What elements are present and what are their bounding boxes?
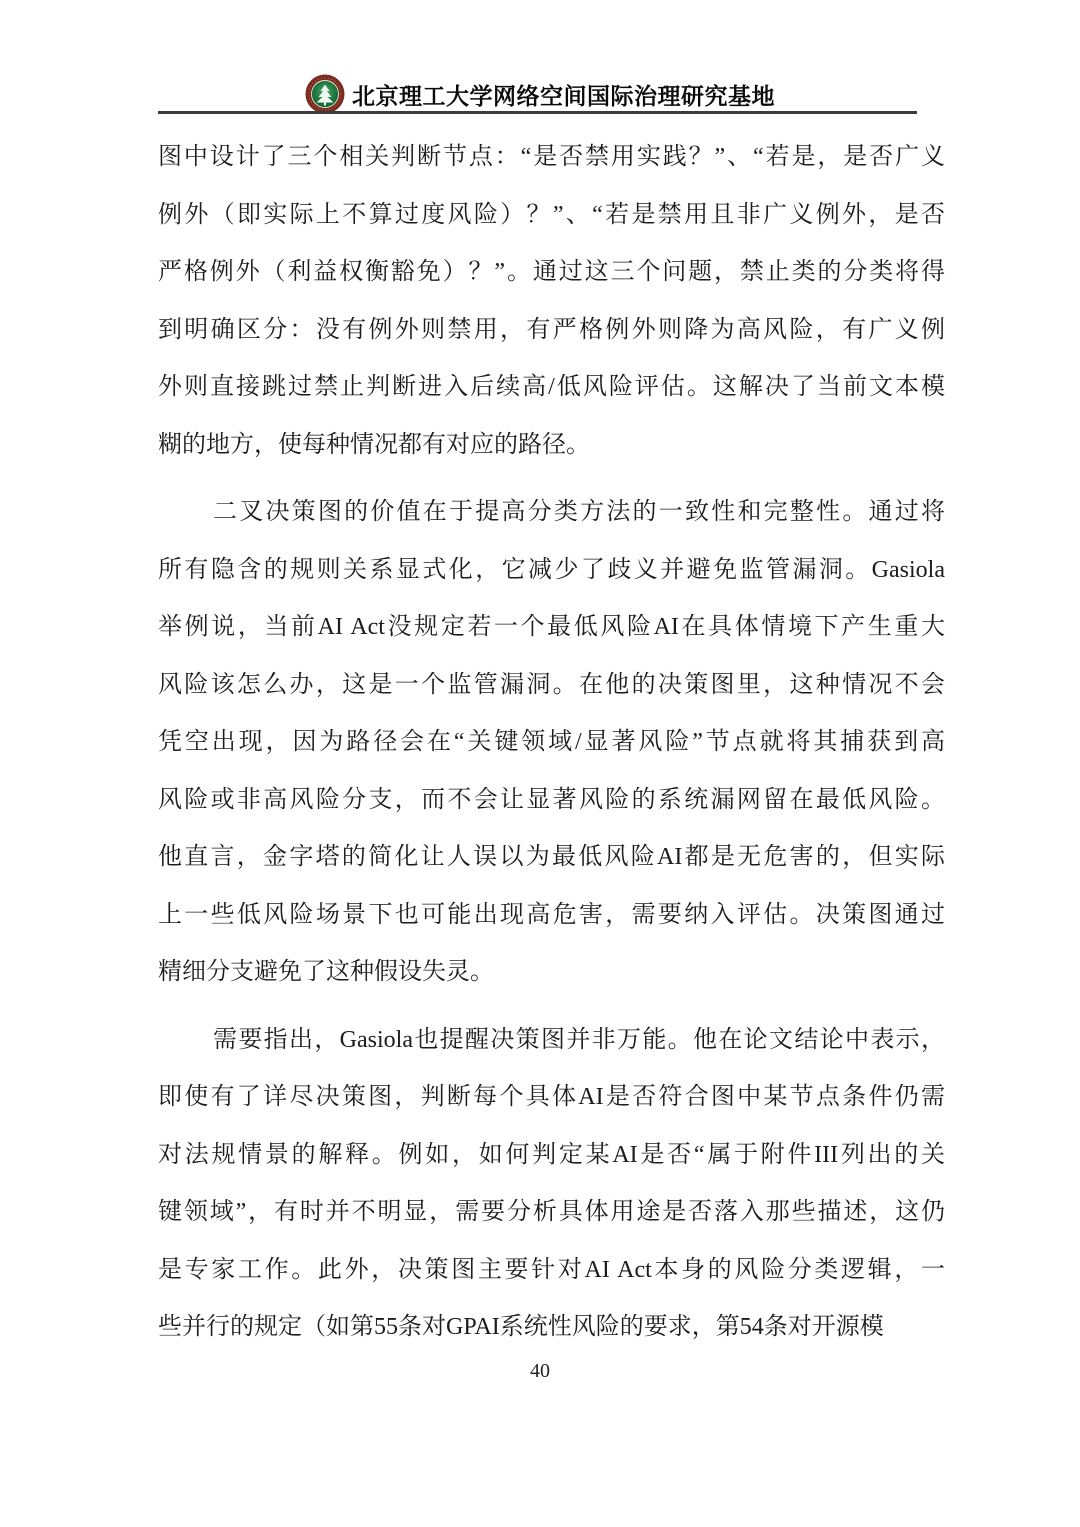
text-line: 上一些低风险场景下也可能出现高危害，需要纳入评估。决策图通过 — [158, 887, 945, 945]
document-page: 北京理工大学网络空间国际治理研究基地 图中设计了三个相关判断节点：“是否禁用实践… — [0, 0, 1080, 1527]
text-line: 是专家工作。此外，决策图主要针对AI Act本身的风险分类逻辑，一 — [158, 1242, 945, 1300]
text-line: 精细分支避免了这种假设失灵。 — [158, 944, 945, 1002]
page-header: 北京理工大学网络空间国际治理研究基地 — [0, 72, 1080, 116]
text-line: 凭空出现，因为路径会在“关键领域/显著风险”节点就将其捕获到高 — [158, 714, 945, 772]
text-line: 他直言，金字塔的简化让人误以为最低风险AI都是无危害的，但实际 — [158, 829, 945, 887]
text-line: 风险或非高风险分支，而不会让显著风险的系统漏网留在最低风险。 — [158, 772, 945, 830]
text-line: 风险该怎么办，这是一个监管漏洞。在他的决策图里，这种情况不会 — [158, 657, 945, 715]
text-line: 键领域”，有时并不明显，需要分析具体用途是否落入那些描述，这仍 — [158, 1184, 945, 1242]
text-line: 所有隐含的规则关系显式化，它减少了歧义并避免监管漏洞。Gasiola — [158, 542, 945, 600]
paragraph: 二叉决策图的价值在于提高分类方法的一致性和完整性。通过将所有隐含的规则关系显式化… — [158, 484, 945, 1002]
university-emblem-icon — [305, 74, 345, 114]
text-line: 外则直接跳过禁止判断进入后续高/低风险评估。这解决了当前文本模 — [158, 359, 945, 417]
paragraph: 需要指出，Gasiola也提醒决策图并非万能。他在论文结论中表示，即使有了详尽决… — [158, 1012, 945, 1357]
text-line: 图中设计了三个相关判断节点：“是否禁用实践？”、“若是，是否广义 — [158, 129, 945, 187]
paragraph: 图中设计了三个相关判断节点：“是否禁用实践？”、“若是，是否广义例外（即实际上不… — [158, 129, 945, 474]
organization-name: 北京理工大学网络空间国际治理研究基地 — [352, 78, 775, 111]
text-line: 需要指出，Gasiola也提醒决策图并非万能。他在论文结论中表示， — [158, 1012, 945, 1070]
text-line: 些并行的规定（如第55条对GPAI系统性风险的要求，第54条对开源模 — [158, 1299, 945, 1357]
text-line: 到明确区分：没有例外则禁用，有严格例外则降为高风险，有广义例 — [158, 302, 945, 360]
text-line: 例外（即实际上不算过度风险）？”、“若是禁用且非广义例外，是否 — [158, 187, 945, 245]
text-line: 即使有了详尽决策图，判断每个具体AI是否符合图中某节点条件仍需 — [158, 1069, 945, 1127]
text-line: 举例说，当前AI Act没规定若一个最低风险AI在具体情境下产生重大 — [158, 599, 945, 657]
page-number: 40 — [0, 1360, 1080, 1383]
body-text: 图中设计了三个相关判断节点：“是否禁用实践？”、“若是，是否广义例外（即实际上不… — [158, 129, 945, 1357]
text-line: 二叉决策图的价值在于提高分类方法的一致性和完整性。通过将 — [158, 484, 945, 542]
text-line: 严格例外（利益权衡豁免）？”。通过这三个问题，禁止类的分类将得 — [158, 244, 945, 302]
text-line: 糊的地方，使每种情况都有对应的路径。 — [158, 417, 945, 475]
header-divider — [158, 111, 917, 114]
text-line: 对法规情景的解释。例如，如何判定某AI是否“属于附件III列出的关 — [158, 1127, 945, 1185]
